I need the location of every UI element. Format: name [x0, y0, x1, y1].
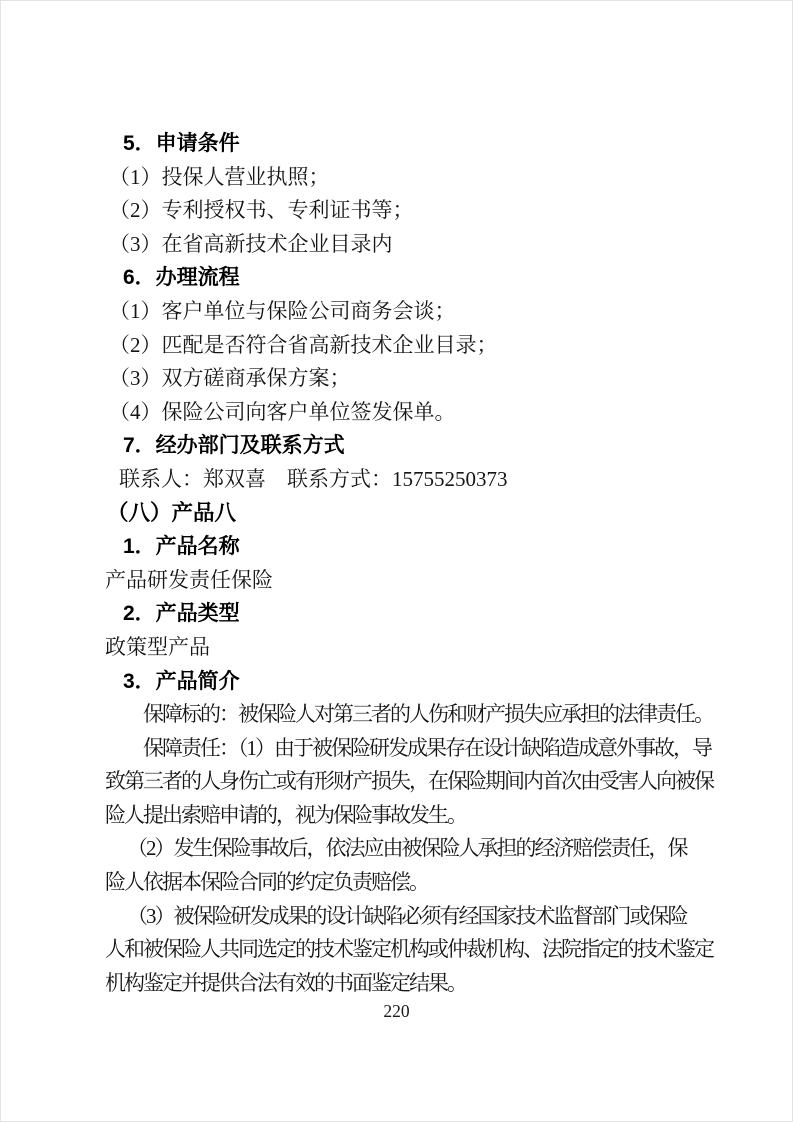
intro-para2-line1: 保障责任：（1）由于被保险研发成果存在设计缺陷造成意外事故，导	[143, 732, 711, 766]
section5-item-3: （3）在省高新技术企业目录内	[109, 228, 711, 262]
section6-heading: 6．办理流程	[123, 261, 711, 295]
section5-heading: 5．申请条件	[123, 127, 711, 161]
product8-type-text: 政策型产品	[105, 631, 711, 665]
document-page: 5．申请条件 （1）投保人营业执照； （2）专利授权书、专利证书等； （3）在省…	[0, 0, 793, 1122]
page-number: 220	[383, 1001, 409, 1021]
intro-para4-line3: 机构鉴定并提供合法有效的书面鉴定结果。	[105, 967, 711, 1001]
intro-para4-line1: （3）被保险研发成果的设计缺陷必须有经国家技术监督部门或保险	[127, 900, 711, 934]
intro-para1-line1: 保障标的：被保险人对第三者的人伤和财产损失应承担的法律责任。	[143, 698, 711, 732]
intro-para2-line3: 险人提出索赔申请的，视为保险事故发生。	[105, 799, 711, 833]
contact-line: 联系人：郑双喜 联系方式：15755250373	[119, 463, 711, 497]
intro-para2-line2: 致第三者的人身伤亡或有形财产损失，在保险期间内首次由受害人向被保	[105, 765, 711, 799]
product8-name-text: 产品研发责任保险	[105, 564, 711, 598]
section6-item-1: （1）客户单位与保险公司商务会谈；	[109, 295, 711, 329]
page-footer: 220	[1, 1001, 792, 1022]
section6-item-3: （3）双方磋商承保方案；	[109, 362, 711, 396]
product8-heading: （八）产品八	[107, 497, 711, 531]
product8-sub1-heading: 1．产品名称	[123, 530, 711, 564]
document-content: 5．申请条件 （1）投保人营业执照； （2）专利授权书、专利证书等； （3）在省…	[105, 127, 711, 1000]
intro-para4-line2: 人和被保险人共同选定的技术鉴定机构或仲裁机构、法院指定的技术鉴定	[105, 933, 711, 967]
section6-item-4: （4）保险公司向客户单位签发保单。	[109, 396, 711, 430]
intro-para3-line1: （2）发生保险事故后，依法应由被保险人承担的经济赔偿责任，保	[127, 832, 711, 866]
section5-item-2: （2）专利授权书、专利证书等；	[109, 194, 711, 228]
intro-para3-line2: 险人依据本保险合同的约定负责赔偿。	[105, 866, 711, 900]
section7-heading: 7．经办部门及联系方式	[123, 429, 711, 463]
product8-sub2-heading: 2．产品类型	[123, 597, 711, 631]
section6-item-2: （2）匹配是否符合省高新技术企业目录；	[109, 329, 711, 363]
section5-item-1: （1）投保人营业执照；	[109, 161, 711, 195]
product8-sub3-heading: 3．产品简介	[123, 665, 711, 699]
